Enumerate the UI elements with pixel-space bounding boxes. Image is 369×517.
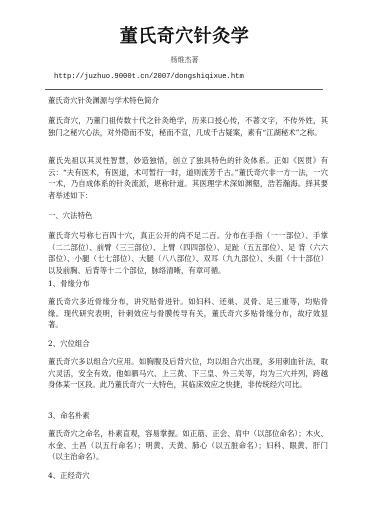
subsection-3-paragraph: 董氏奇穴之命名，朴素直观，容易掌握。如正筋、正会、肩中（以部位命名）；木火、水金… bbox=[48, 428, 328, 463]
section-1-heading: 一、穴法特色 bbox=[48, 210, 92, 221]
intro-paragraph-2: 董氏先祖以其灵性智慧，妙造独悟，创立了独具特色的针灸体系。正如《医贯》有云：“夫… bbox=[48, 155, 328, 201]
intro-paragraph-1: 董氏奇穴，乃董门祖传数十代之针灸绝学，历来口授心传，不著文字，不传外姓，其独门之… bbox=[48, 115, 328, 138]
document-title: 董氏奇穴针灸学 bbox=[0, 22, 369, 48]
document-author: 杨维杰著 bbox=[0, 55, 369, 65]
subsection-1-heading: 1、骨缘分布 bbox=[48, 278, 90, 289]
section-1-paragraph: 董氏奇穴号称七百四十穴，真正公开的尚不足二百。分布在手指（一一部位）、手掌（二二… bbox=[48, 230, 328, 276]
subsection-2-heading: 2、穴位组合 bbox=[48, 338, 90, 349]
source-url[interactable]: http://juzhuo.9000t.cn/2007/dongshiqixue… bbox=[54, 73, 244, 81]
subsection-2-paragraph: 董氏奇穴多以组合穴应用。如胸腹及后背穴位，均以组合穴出现，多用刺血针法，取穴灵活… bbox=[48, 356, 328, 391]
subsection-4-heading: 4、正经奇穴 bbox=[48, 470, 90, 481]
subsection-1-paragraph: 董氏奇穴多近骨缘分布，讲究贴骨进针。如妇科、还巢、灵骨、足三重等，均贴骨缘。现代… bbox=[48, 296, 328, 331]
subsection-3-heading: 3、命名朴素 bbox=[48, 410, 90, 421]
intro-heading: 董氏奇穴针灸渊源与学术特色简介 bbox=[48, 95, 159, 106]
horizontal-rule bbox=[45, 89, 323, 90]
document-page: 董氏奇穴针灸学 杨维杰著 http://juzhuo.9000t.cn/2007… bbox=[0, 0, 369, 517]
